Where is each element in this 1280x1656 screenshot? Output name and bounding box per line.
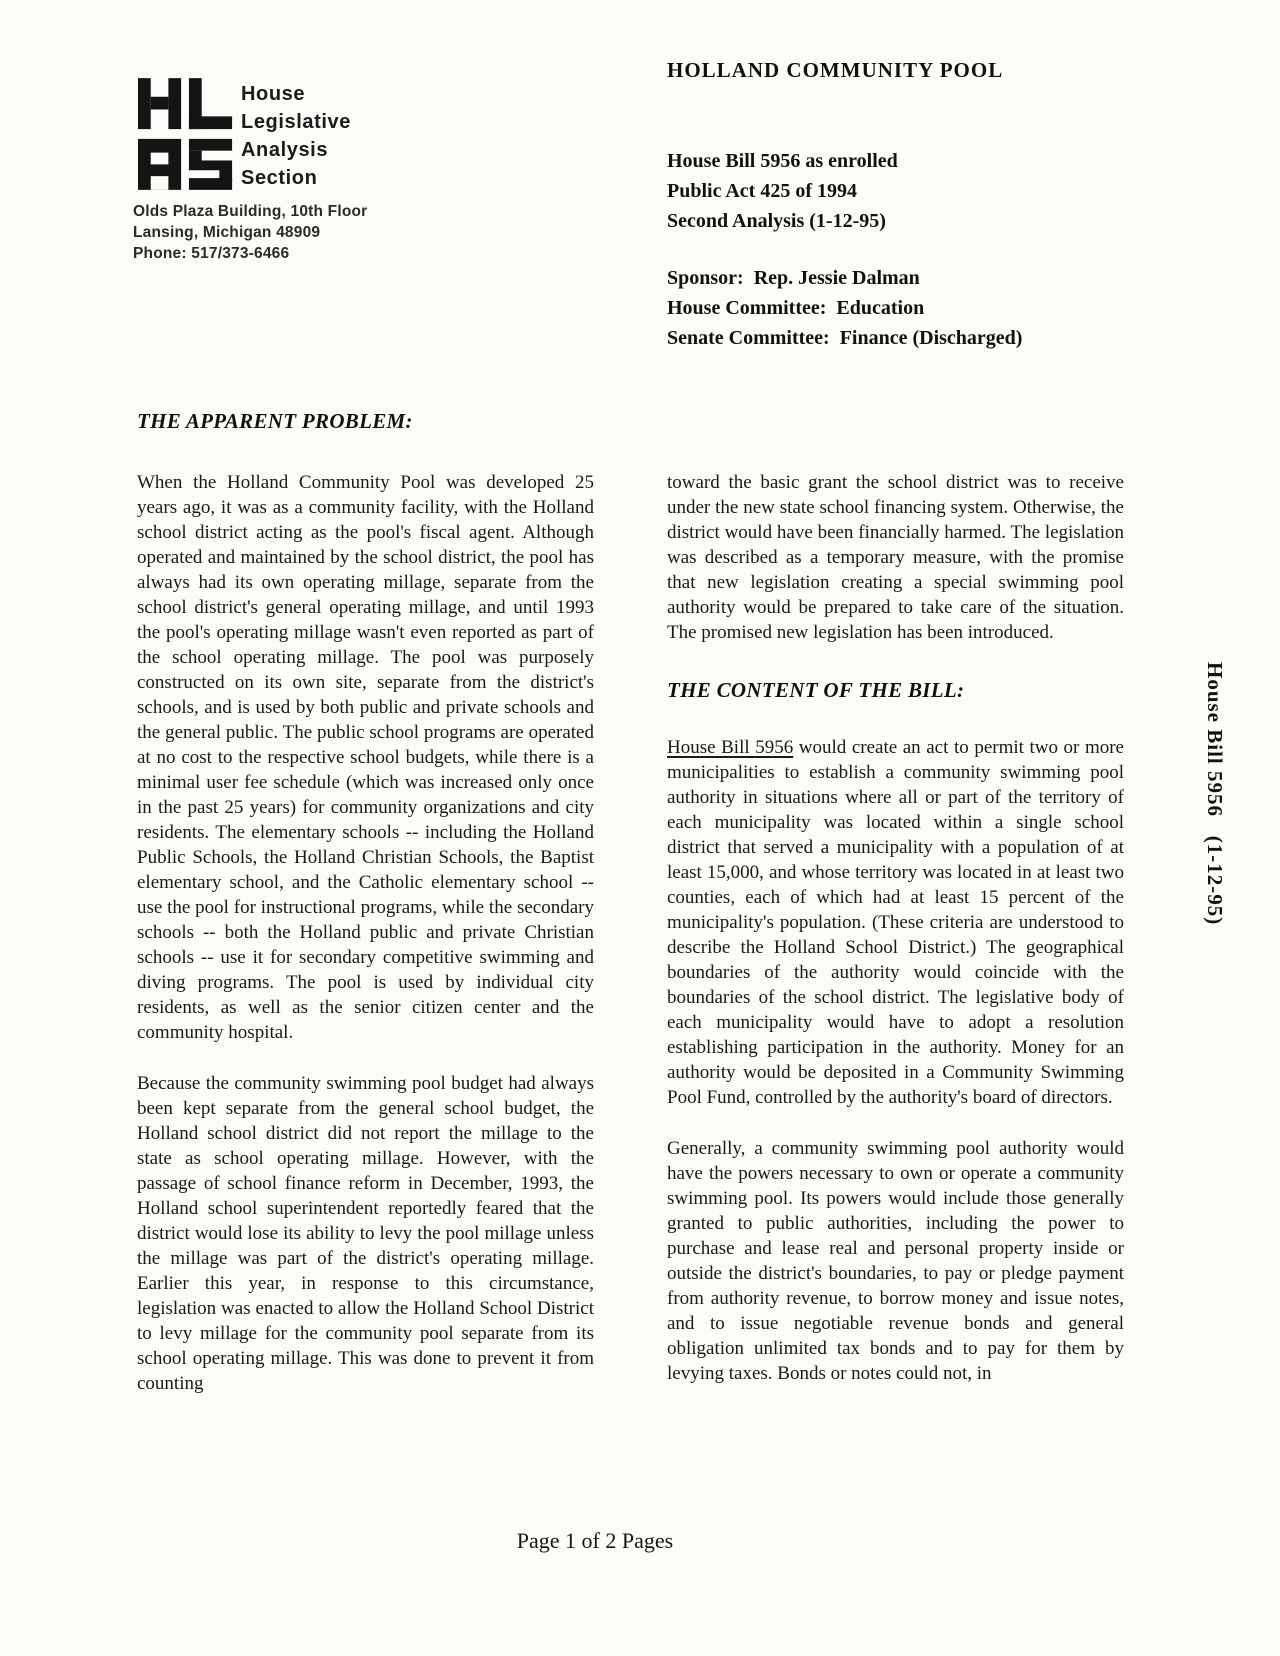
org-name-line: House (241, 80, 351, 108)
right-column: toward the basic grant the school distri… (667, 470, 1124, 1386)
bill-info-line: Second Analysis (1-12-95) (667, 206, 898, 236)
page-number-footer: Page 1 of 2 Pages (0, 1528, 1190, 1554)
section-heading-apparent-problem: THE APPARENT PROBLEM: (137, 408, 594, 434)
org-address: Olds Plaza Building, 10th Floor Lansing,… (133, 201, 367, 264)
org-name-line: Section (241, 164, 351, 192)
sponsor-line: House Committee: Education (667, 293, 1022, 323)
paragraph-right-1: toward the basic grant the school distri… (667, 470, 1124, 645)
section-heading-content-of-bill: THE CONTENT OF THE BILL: (667, 677, 1124, 703)
address-line: Olds Plaza Building, 10th Floor (133, 201, 367, 222)
left-column: THE APPARENT PROBLEM: When the Holland C… (137, 408, 594, 1396)
sponsor-line: Sponsor: Rep. Jessie Dalman (667, 263, 1022, 293)
org-name-line: Analysis (241, 136, 351, 164)
address-line: Lansing, Michigan 48909 (133, 222, 367, 243)
paragraph-left-2: Because the community swimming pool budg… (137, 1071, 594, 1396)
address-line: Phone: 517/373-6466 (133, 243, 367, 264)
document-page: House Legislative Analysis Section Olds … (0, 0, 1280, 1656)
paragraph-right-2-text: would create an act to permit two or mor… (667, 737, 1124, 1108)
org-name: House Legislative Analysis Section (241, 80, 351, 192)
org-name-line: Legislative (241, 108, 351, 136)
bill-info-line: Public Act 425 of 1994 (667, 176, 898, 206)
bill-info-block: House Bill 5956 as enrolled Public Act 4… (667, 146, 898, 236)
paragraph-right-3: Generally, a community swimming pool aut… (667, 1136, 1124, 1386)
sponsor-info-block: Sponsor: Rep. Jessie Dalman House Commit… (667, 263, 1022, 353)
paragraph-right-2: House Bill 5956 would create an act to p… (667, 735, 1124, 1110)
paragraph-left-1: When the Holland Community Pool was deve… (137, 470, 594, 1045)
bill-number-underlined: House Bill 5956 (667, 737, 793, 758)
vertical-margin-label: House Bill 5956 (1-12-95) (1202, 662, 1227, 925)
sponsor-line: Senate Committee: Finance (Discharged) (667, 323, 1022, 353)
document-title: HOLLAND COMMUNITY POOL (667, 58, 1003, 83)
bill-info-line: House Bill 5956 as enrolled (667, 146, 898, 176)
hlas-logo (138, 77, 236, 191)
